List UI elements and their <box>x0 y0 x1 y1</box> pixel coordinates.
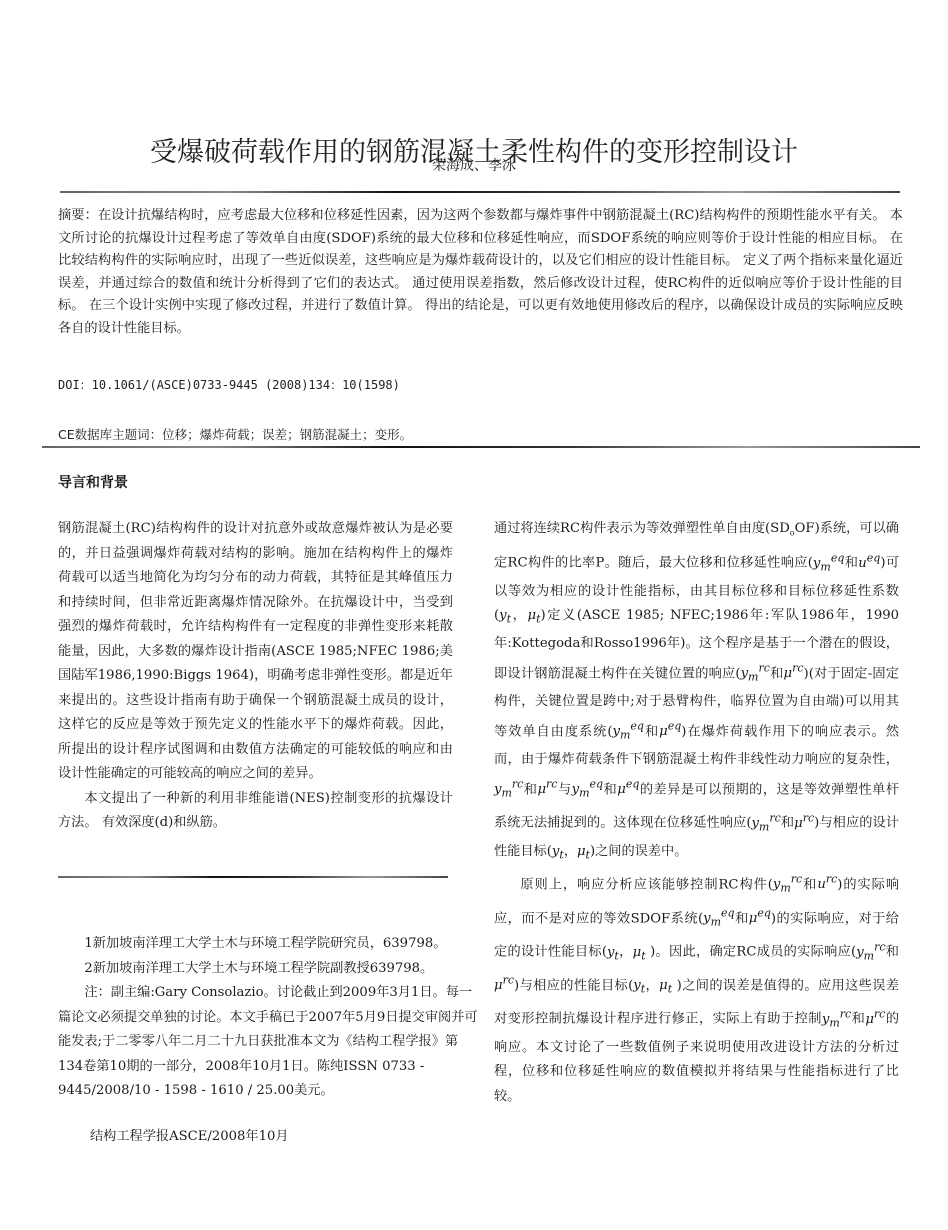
keywords: CE数据库主题词：位移；爆炸荷载；误差；钢筋混凝土；变形。 <box>58 425 412 443</box>
footnote: 注：副主编:Gary Consolazio。讨论截止到2009年3月1日。每一篇… <box>58 981 478 1104</box>
doi: DOI：10.1061/(ASCE)0733-9445 (2008)134：10… <box>58 376 400 393</box>
paragraph: 钢筋混凝土(RC)结构构件的设计对抗意外或故意爆炸被认为是必要的，并日益强调爆炸… <box>58 517 453 787</box>
title-divider <box>60 191 900 193</box>
footnote: 1新加坡南洋理工大学土木与环境工程学院研究员，639798。 <box>58 932 478 957</box>
footnotes: 1新加坡南洋理工大学土木与环境工程学院研究员，639798。 2新加坡南洋理工大… <box>58 932 478 1104</box>
authors: 荣海成、李冰 <box>0 155 948 175</box>
page-footer: 结构工程学报ASCE/2008年10月 <box>90 1125 289 1144</box>
footnote-divider <box>58 876 448 878</box>
footnote: 2新加坡南洋理工大学土木与环境工程学院副教授639798。 <box>58 957 478 982</box>
section-heading: 导言和背景 <box>58 472 128 492</box>
paragraph: 原则上，响应分析应该能够控制RC构件(ymrc和urc)的实际响应，而不是对应的… <box>494 868 899 1109</box>
abstract: 摘要：在设计抗爆结构时，应考虑最大位移和位移延性因素，因为这两个参数都与爆炸事件… <box>58 205 903 340</box>
paragraph: 通过将连续RC构件表示为等效弹塑性单自由度(SDoOF)系统，可以确定RC构件的… <box>494 517 899 868</box>
abstract-divider <box>42 446 920 448</box>
left-column: 钢筋混凝土(RC)结构构件的设计对抗意外或故意爆炸被认为是必要的，并日益强调爆炸… <box>58 517 453 836</box>
right-column: 通过将连续RC构件表示为等效弹塑性单自由度(SDoOF)系统，可以确定RC构件的… <box>494 517 899 1109</box>
paragraph: 本文提出了一种新的利用非维能谱(NES)控制变形的抗爆设计方法。 有效深度(d)… <box>58 787 453 836</box>
